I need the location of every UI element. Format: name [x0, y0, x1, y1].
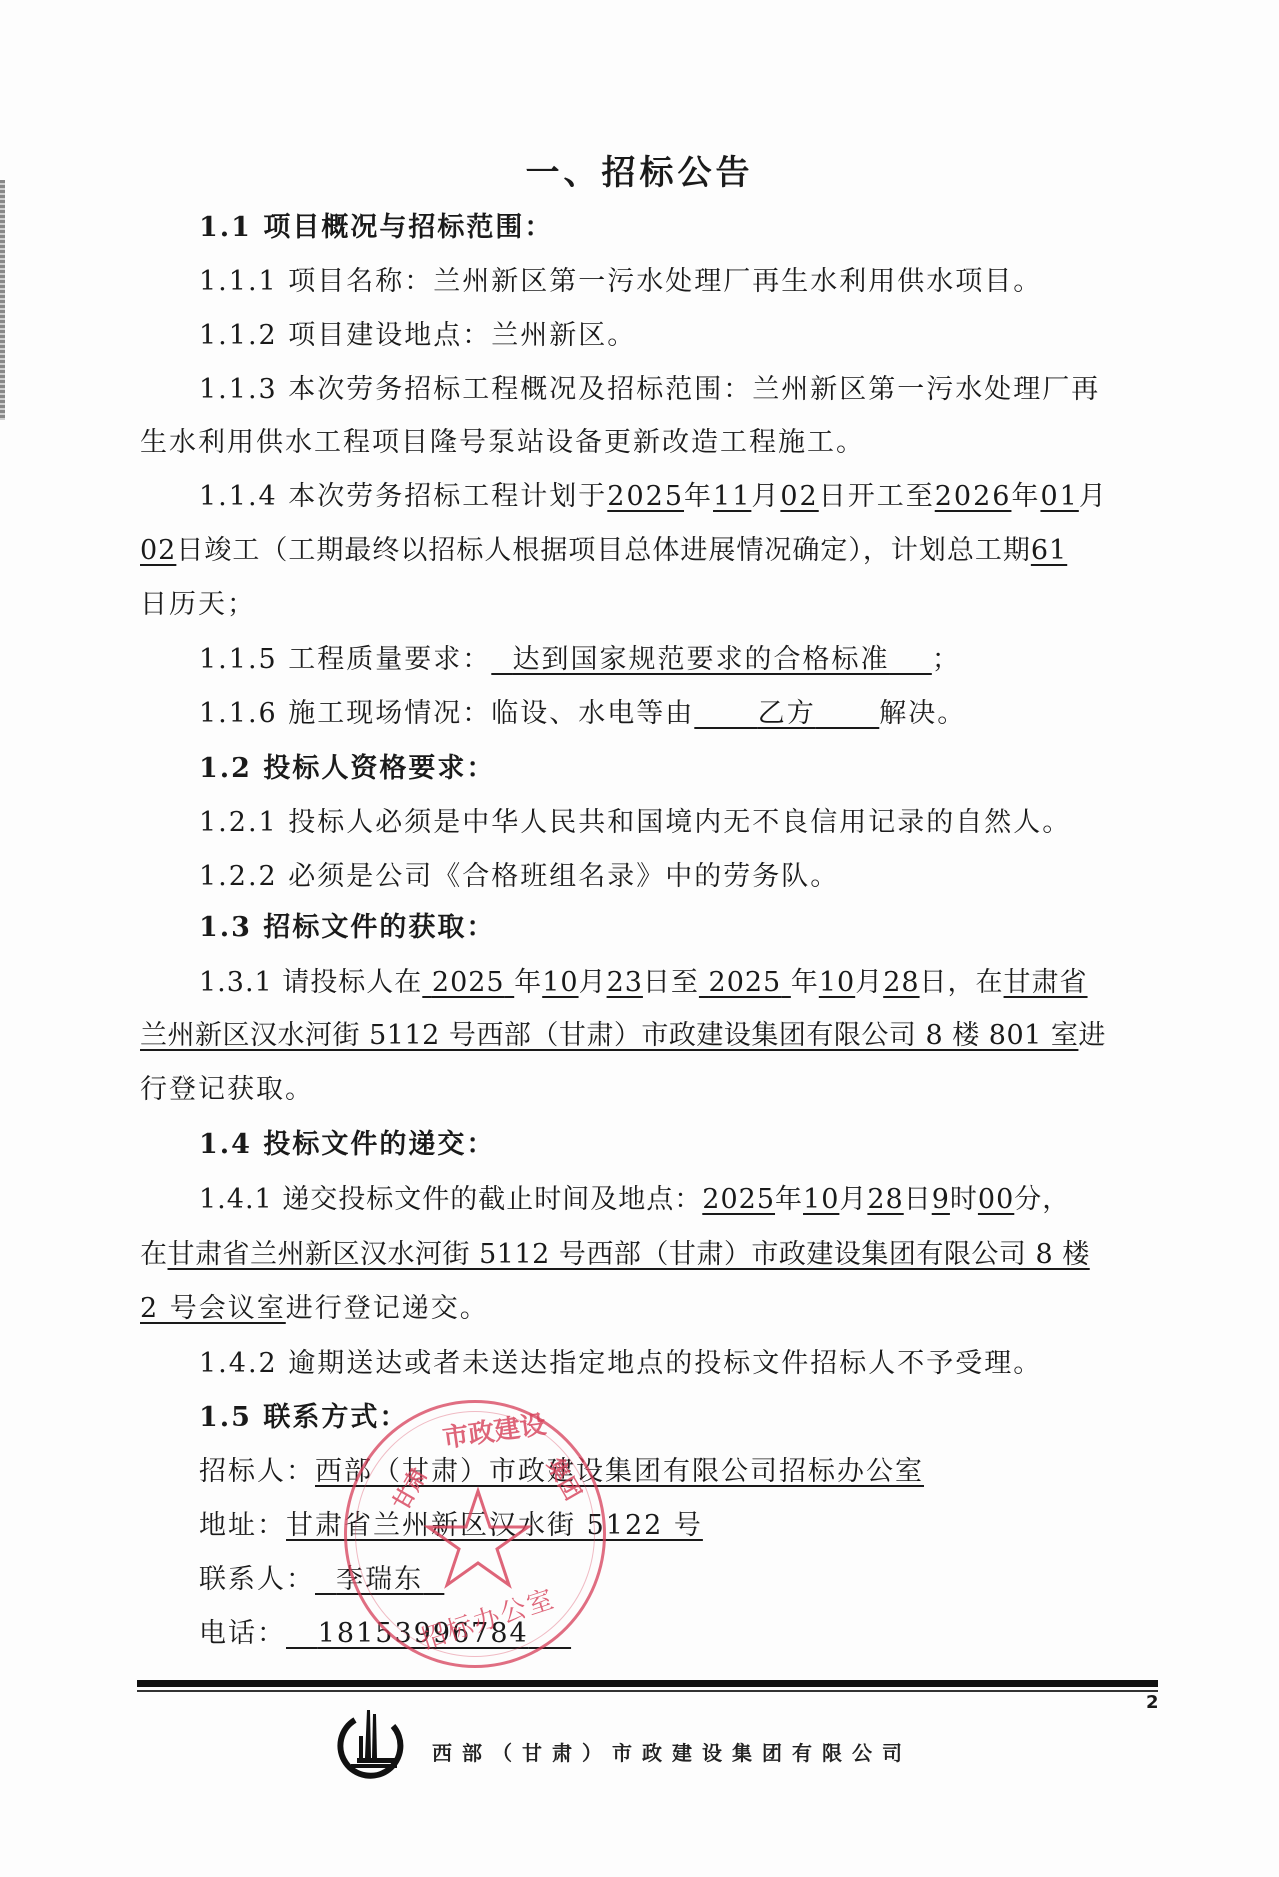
text-start: 日开工至	[819, 481, 935, 512]
scope-label: 1.1.3 本次劳务招标工程概况及招标范围：	[199, 374, 752, 405]
from-day: 23	[607, 967, 643, 998]
seal-top-text: 市政建设	[440, 1404, 548, 1455]
project-location-value: 兰州新区。	[491, 320, 636, 351]
deadline-month: 10	[803, 1184, 839, 1215]
qualification-2: 1.2.2 必须是公司《合格班组名录》中的劳务队。	[199, 857, 839, 897]
text-jin: 进	[1078, 1020, 1106, 1051]
submit-line-2: 在甘肃省兰州新区汉水河街 5112 号西部（甘肃）市政建设集团有限公司 8 楼	[140, 1235, 1090, 1275]
unit-year: 年	[775, 1184, 803, 1215]
quality-requirement: 1.1.5 工程质量要求： 达到国家规范要求的合格标准 ；	[199, 640, 961, 680]
schedule-line-2: 02日竣工（工期最终以招标人根据项目总体进展情况确定），计划总工期61	[140, 531, 1067, 571]
site-suffix: 解决。	[879, 698, 966, 729]
text-at: 在	[140, 1239, 168, 1270]
quality-suffix: ；	[932, 644, 961, 675]
section-1-3-heading: 1.3 招标文件的获取：	[199, 908, 495, 948]
submit-location-1: 甘肃省兰州新区汉水河街 5112 号西部（甘肃）市政建设集团有限公司 8 楼	[168, 1239, 1090, 1270]
scope-line-1: 1.1.3 本次劳务招标工程概况及招标范围：兰州新区第一污水处理厂再	[199, 370, 1100, 410]
unit-year: 年	[684, 481, 713, 512]
end-day: 02	[140, 535, 176, 566]
end-year: 2026	[935, 481, 1012, 512]
address-value: 甘肃省兰州新区汉水街 5122 号	[286, 1510, 703, 1541]
start-month: 11	[713, 481, 751, 512]
deadline-year: 2025	[702, 1184, 775, 1215]
contact-tenderer: 招标人：西部（甘肃）市政建设集团有限公司招标办公室	[199, 1452, 924, 1492]
scan-edge-artifact	[0, 180, 5, 420]
tenderer-label: 招标人：	[199, 1456, 315, 1487]
obtain-label: 1.3.1 请投标人在	[199, 967, 422, 998]
deadline-minute: 00	[978, 1184, 1014, 1215]
section-1-4-heading: 1.4 投标文件的递交：	[199, 1125, 495, 1165]
schedule-line-1: 1.1.4 本次劳务招标工程计划于2025年11月02日开工至2026年01月	[199, 477, 1108, 517]
obtain-line-3: 行登记获取。	[140, 1070, 314, 1110]
schedule-label: 1.1.4 本次劳务招标工程计划于	[199, 481, 607, 512]
site-condition: 1.1.6 施工现场情况：临设、水电等由 乙方 解决。	[199, 694, 966, 734]
scope-value-1: 兰州新区第一污水处理厂再	[752, 374, 1100, 405]
submit-line-1: 1.4.1 递交投标文件的截止时间及地点：2025年10月28日9时00分，	[199, 1180, 1070, 1220]
schedule-line-3: 日历天；	[140, 585, 256, 625]
contact-person: 联系人： 李瑞东	[199, 1560, 444, 1600]
site-label: 1.1.6 施工现场情况：临设、水电等由	[199, 698, 694, 729]
submit-line-3: 2 号会议室进行登记递交。	[140, 1289, 489, 1329]
end-month: 01	[1040, 481, 1078, 512]
contact-address: 地址：甘肃省兰州新区汉水街 5122 号	[199, 1506, 703, 1546]
unit-minute: 分	[1014, 1184, 1042, 1215]
obtain-location-2: 兰州新区汉水河街 5112 号西部（甘肃）市政建设集团有限公司 8 楼 801 …	[140, 1020, 1078, 1051]
site-value: 乙方	[694, 698, 879, 729]
unit-month: 月	[855, 967, 883, 998]
unit-year: 年	[514, 967, 542, 998]
site-value-text: 乙方	[758, 698, 816, 729]
person-value: 李瑞东	[315, 1564, 444, 1595]
to-month: 10	[819, 967, 855, 998]
comma: ，	[1042, 1184, 1070, 1215]
project-location: 1.1.2 项目建设地点：兰州新区。	[199, 316, 636, 356]
submit-suffix: 进行登记递交。	[286, 1293, 489, 1324]
from-year-text: 2025	[432, 967, 505, 998]
obtain-line-2: 兰州新区汉水河街 5112 号西部（甘肃）市政建设集团有限公司 8 楼 801 …	[140, 1016, 1106, 1056]
unit-year: 年	[1011, 481, 1040, 512]
to-day: 28	[883, 967, 919, 998]
phone-value: 18153996784	[286, 1618, 571, 1649]
scope-line-2: 生水利用供水工程项目隆号泵站设备更新改造工程施工。	[140, 423, 865, 463]
project-location-label: 1.1.2 项目建设地点：	[199, 320, 491, 351]
phone-value-text: 18153996784	[318, 1618, 529, 1649]
phone-label: 电话：	[199, 1618, 286, 1649]
unit-month: 月	[1079, 481, 1108, 512]
deadline-day: 28	[867, 1184, 903, 1215]
unit-month: 月	[839, 1184, 867, 1215]
obtain-line-1: 1.3.1 请投标人在 2025 年10月23日至 2025 年10月28日，在…	[199, 963, 1088, 1003]
company-logo-icon	[337, 1706, 405, 1784]
person-label: 联系人：	[199, 1564, 315, 1595]
contact-phone: 电话： 18153996784	[199, 1614, 571, 1654]
unit-year: 年	[791, 967, 819, 998]
section-1-1-heading: 1.1 项目概况与招标范围：	[199, 208, 553, 248]
footer-rule-thick	[137, 1680, 1158, 1687]
deadline-hour: 9	[932, 1184, 950, 1215]
project-name-value: 兰州新区第一污水处理厂再生水利用供水项目。	[433, 266, 1042, 297]
qualification-1: 1.2.1 投标人必须是中华人民共和国境内无不良信用记录的自然人。	[199, 803, 1071, 843]
late-submission-rule: 1.4.2 逾期送达或者未送达指定地点的投标文件招标人不予受理。	[199, 1344, 1042, 1384]
unit-hour: 时	[950, 1184, 978, 1215]
section-1-2-heading: 1.2 投标人资格要求：	[199, 749, 495, 789]
section-1-5-heading: 1.5 联系方式：	[199, 1398, 408, 1438]
obtain-location-1: 甘肃省	[1004, 967, 1088, 998]
page-number: 2	[1146, 1692, 1159, 1713]
unit-to: 日至	[643, 967, 699, 998]
quality-value: 达到国家规范要求的合格标准	[491, 644, 932, 675]
page-title: 一、招标公告	[0, 145, 1279, 194]
to-year: 2025	[699, 967, 791, 998]
footer-company-name: 西部（甘肃）市政建设集团有限公司	[432, 1737, 912, 1766]
unit-month: 月	[579, 967, 607, 998]
start-day: 02	[780, 481, 818, 512]
unit-month: 月	[751, 481, 780, 512]
total-days: 61	[1031, 535, 1067, 566]
text-completion: 日竣工（工期最终以招标人根据项目总体进展情况确定），计划总工期	[176, 535, 1031, 566]
footer-rule-thin	[137, 1690, 1158, 1692]
from-month: 10	[542, 967, 578, 998]
unit-day: 日	[904, 1184, 932, 1215]
project-name: 1.1.1 项目名称：兰州新区第一污水处理厂再生水利用供水项目。	[199, 262, 1042, 302]
project-name-label: 1.1.1 项目名称：	[199, 266, 433, 297]
quality-label: 1.1.5 工程质量要求：	[199, 644, 491, 675]
text-at: 日，在	[920, 967, 1004, 998]
quality-value-text: 达到国家规范要求的合格标准	[512, 644, 889, 675]
tenderer-value: 西部（甘肃）市政建设集团有限公司招标办公室	[315, 1456, 924, 1487]
from-year: 2025	[422, 967, 514, 998]
submit-location-2: 2 号会议室	[140, 1293, 286, 1324]
submit-label: 1.4.1 递交投标文件的截止时间及地点：	[199, 1184, 702, 1215]
address-label: 地址：	[199, 1510, 286, 1541]
to-year-text: 2025	[709, 967, 782, 998]
person-value-text: 李瑞东	[336, 1564, 423, 1595]
start-year: 2025	[607, 481, 684, 512]
